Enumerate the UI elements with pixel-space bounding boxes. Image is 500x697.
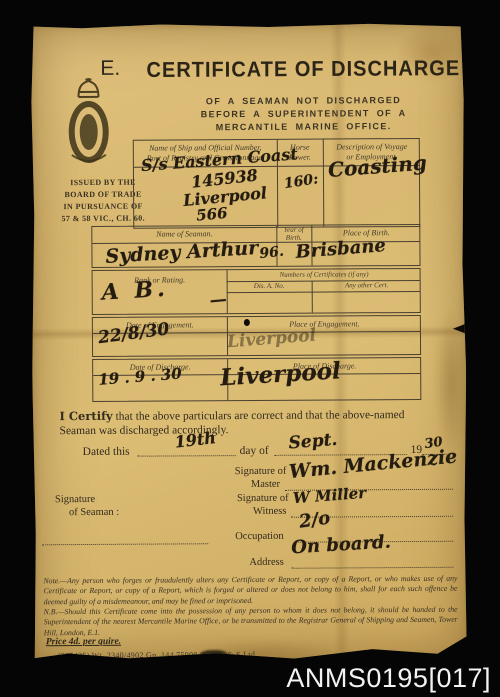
address-dotted-line [291, 567, 453, 569]
address-label: Address [249, 557, 283, 568]
dated-this-label: Dated this [83, 446, 130, 458]
print-code-line: (265435) Wt. 2340/4902 Gp. 144 75000 6.2… [58, 650, 258, 660]
place-of-engagement-header: Place of Engagement. [227, 319, 422, 330]
price-line: Price 4d. per quire. [46, 637, 121, 647]
certify-rest: that the above particulars are correct a… [113, 409, 405, 423]
witness-label-line-2: Witness [253, 506, 286, 517]
certificate-paper: E. CERTIFICATE OF DISCHARGE OF A SEAMAN … [30, 23, 468, 662]
other-cert-header: Any other Cert. [312, 281, 422, 290]
master-label-line-1: Signature of [235, 466, 287, 477]
certify-line-1: I Certify that the above particulars are… [59, 407, 463, 423]
occupation-value: 2/o [298, 507, 332, 532]
master-label-line-2: Master [251, 479, 280, 490]
year-of-birth-value: 96. [259, 244, 285, 263]
subtitle-line-1: OF A SEAMAN NOT DISCHARGED [142, 95, 464, 107]
edge-mark [453, 324, 466, 334]
dated-month-value: Sept. [288, 430, 338, 454]
gross-tonnage-value: 566 [195, 204, 228, 225]
certify-lead: I Certify [59, 409, 112, 423]
dis-a-no-header: Dis. A. No. [227, 282, 312, 291]
scanned-certificate-page: { "scan": { "catalog_label": "ANMS0195[0… [0, 0, 500, 697]
subtitle-line-3: MERCANTILE MARINE OFFICE. [143, 121, 465, 133]
certificates-header: Numbers of Certificates (if any) [227, 270, 422, 280]
seaman-dotted-line [42, 543, 208, 545]
certify-line-2: Seaman was discharged accordingly. [60, 423, 464, 437]
forgery-note: Note.—Any person who forges or fraudulen… [43, 574, 457, 608]
witness-signature: W Miller [292, 484, 366, 508]
document-title: CERTIFICATE OF DISCHARGE [142, 57, 464, 84]
address-value: On board. [291, 532, 392, 559]
nb-note: N.B.—Should this Certificate come into t… [44, 605, 458, 639]
rank-value: A B. [101, 276, 169, 306]
catalog-label: ANMS0195[017] [286, 663, 491, 694]
dated-day-dotted-line [138, 455, 236, 457]
occupation-label: Occupation [235, 531, 283, 542]
seaman-label-line-1: Signature [55, 494, 95, 505]
dis-a-no-value: — [209, 289, 228, 310]
subtitle-line-2: BEFORE A SUPERINTENDENT OF A [143, 108, 465, 120]
board-of-trade-crest-icon [59, 77, 118, 176]
seaman-label-line-2: of Seaman : [69, 507, 119, 518]
witness-label-line-1: Signature of [237, 493, 289, 504]
dated-day-value: 19th [174, 428, 217, 451]
day-of-label: day of [240, 445, 269, 457]
